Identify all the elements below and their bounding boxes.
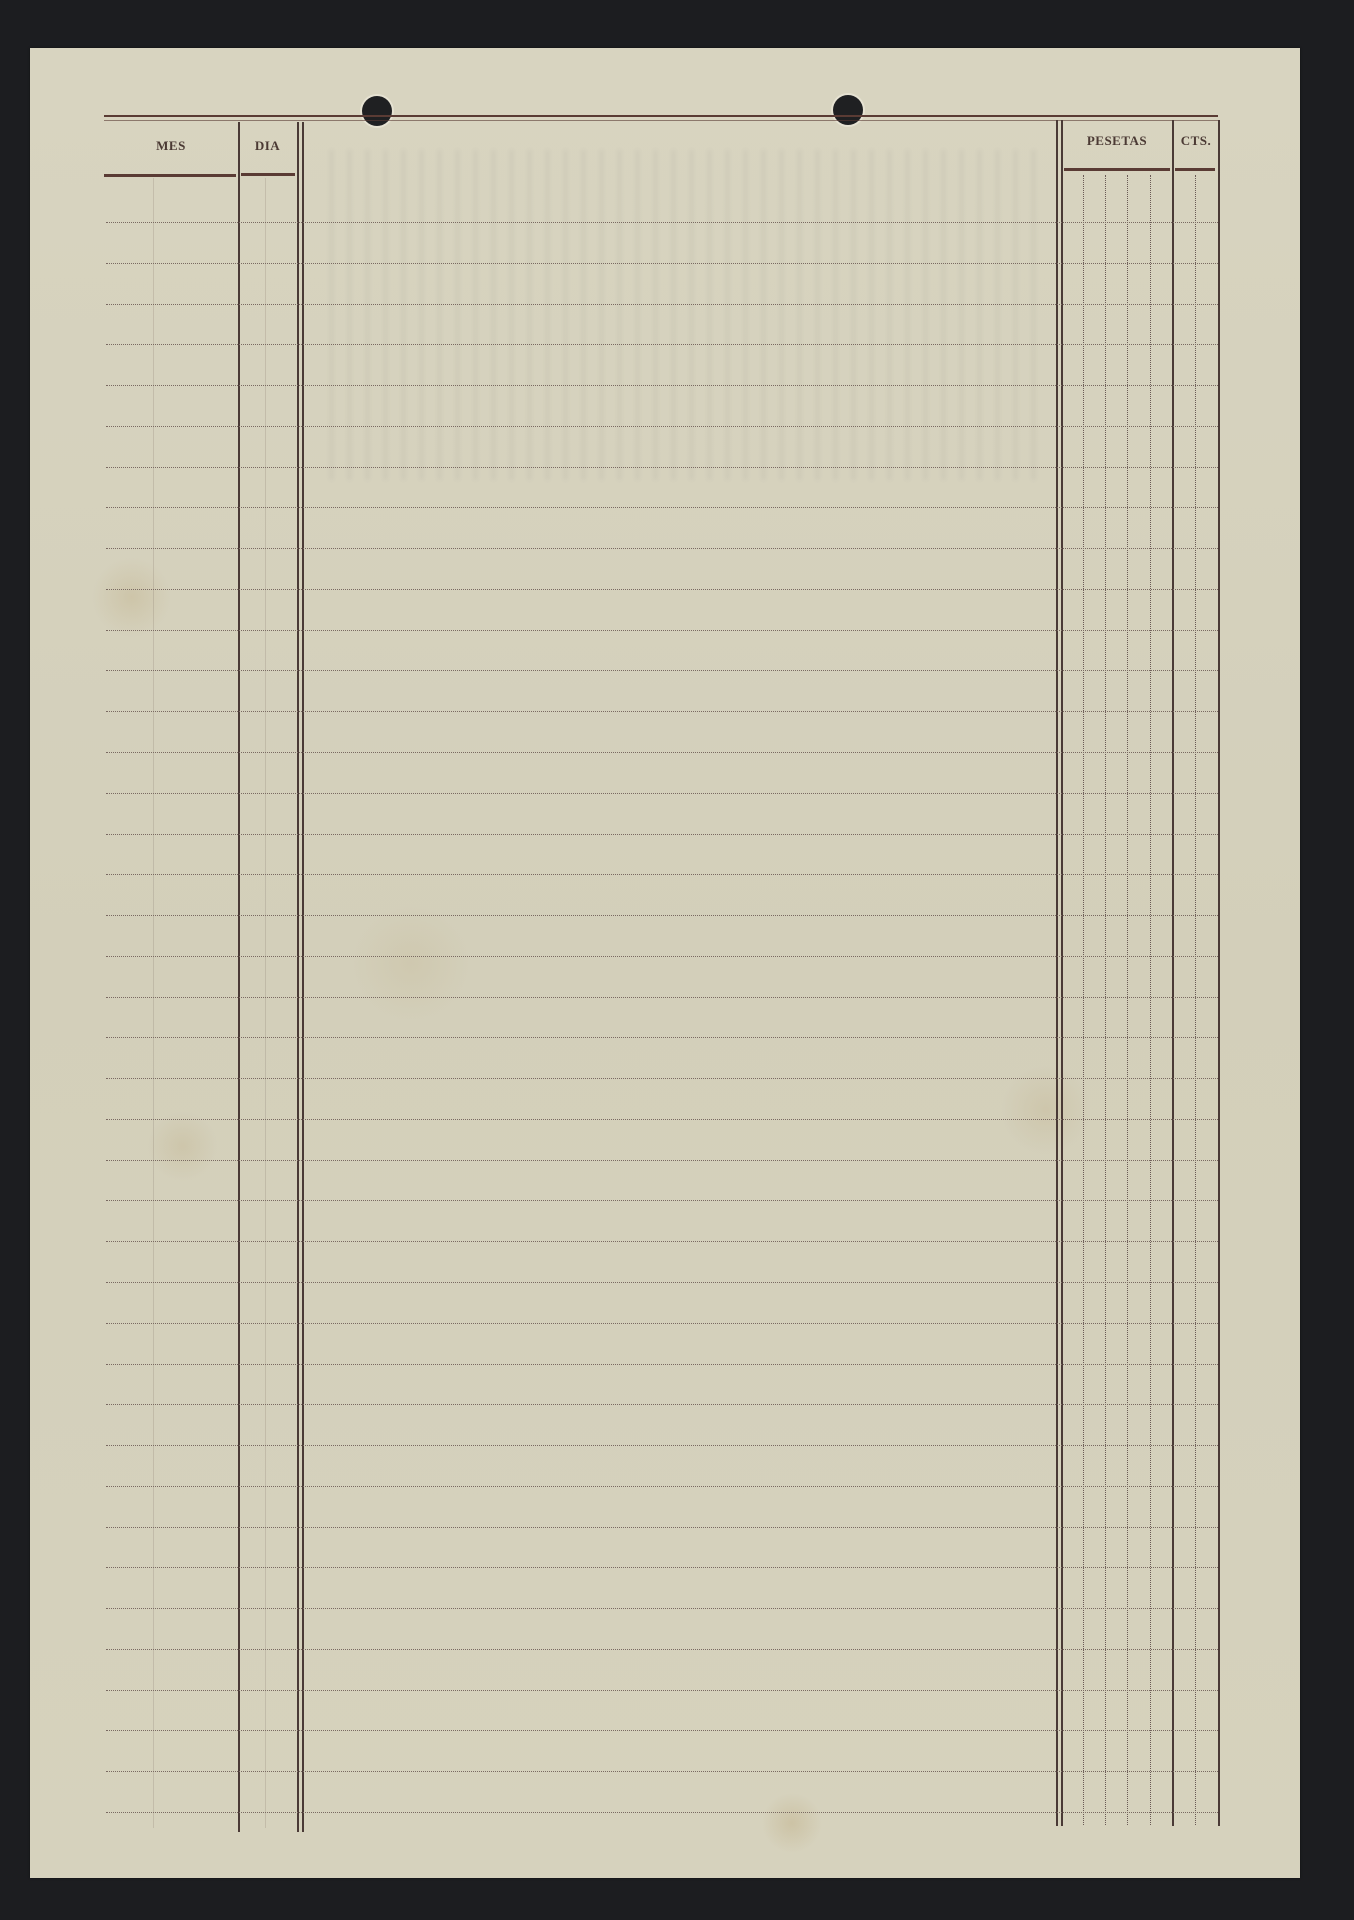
ledger-row-rule <box>106 1160 1218 1161</box>
dia-concept-divider-2 <box>302 122 304 1832</box>
mes-dia-divider <box>238 122 240 1832</box>
cts-digit-guide <box>1195 175 1196 1825</box>
ledger-row-rule <box>106 1445 1218 1446</box>
ledger-row-rule <box>106 1119 1218 1120</box>
ledger-row-rule <box>106 1078 1218 1079</box>
ledger-row-rule <box>106 1771 1218 1772</box>
ledger-row-rule <box>106 1404 1218 1405</box>
ledger-row-rule <box>106 1608 1218 1609</box>
pesetas-digit-guide-4 <box>1150 175 1151 1825</box>
ledger-row-rule <box>106 304 1218 305</box>
ledger-row-rule <box>106 426 1218 427</box>
ledger-row-rule <box>106 1690 1218 1691</box>
pesetas-digit-guide-2 <box>1105 175 1106 1825</box>
top-rule-thin <box>104 120 1218 121</box>
ledger-row-rule <box>106 670 1218 671</box>
ledger-row-rule <box>106 344 1218 345</box>
ledger-row-rule <box>106 956 1218 957</box>
ledger-row-rule <box>106 1037 1218 1038</box>
ledger-row-rule <box>106 834 1218 835</box>
header-mes: MES <box>106 138 236 154</box>
ledger-row-rule <box>106 874 1218 875</box>
ledger-row-rule <box>106 752 1218 753</box>
pesetas-cts-divider <box>1172 120 1174 1826</box>
ledger-row-rule <box>106 630 1218 631</box>
cts-header-rule <box>1175 168 1215 171</box>
ledger-row-rule <box>106 1282 1218 1283</box>
ledger-row-rule <box>106 1649 1218 1650</box>
ledger-row-rule <box>106 385 1218 386</box>
ledger-row-rule <box>106 548 1218 549</box>
pesetas-digit-guide-1 <box>1083 175 1084 1825</box>
ledger-row-rule <box>106 263 1218 264</box>
right-border <box>1218 120 1220 1826</box>
dia-header-rule <box>241 173 295 176</box>
concept-pesetas-divider-2 <box>1061 120 1063 1826</box>
punch-hole-left <box>362 96 392 126</box>
ledger-row-rule <box>106 1730 1218 1731</box>
ledger-row-rule <box>106 997 1218 998</box>
ledger-row-rule <box>106 1323 1218 1324</box>
ledger-row-rule <box>106 589 1218 590</box>
ledger-row-rule <box>106 222 1218 223</box>
ledger-row-rule <box>106 1200 1218 1201</box>
ledger-row-rule <box>106 711 1218 712</box>
letterhead-show-through <box>330 150 1050 480</box>
dia-concept-divider-1 <box>297 122 299 1832</box>
ledger-row-rule <box>106 1241 1218 1242</box>
mes-header-rule <box>104 174 236 177</box>
header-dia: DIA <box>240 138 295 154</box>
pesetas-digit-guide-3 <box>1127 175 1128 1825</box>
ledger-row-rule <box>106 1527 1218 1528</box>
ledger-row-rule <box>106 1567 1218 1568</box>
ledger-row-rule <box>106 793 1218 794</box>
ledger-row-rule <box>106 507 1218 508</box>
top-rule <box>104 115 1218 117</box>
header-pesetas: PESETAS <box>1062 133 1172 149</box>
ledger-row-rule <box>106 467 1218 468</box>
pesetas-header-rule <box>1064 168 1170 171</box>
ledger-row-rule <box>106 915 1218 916</box>
concept-pesetas-divider-1 <box>1056 120 1058 1826</box>
ledger-row-rule <box>106 1364 1218 1365</box>
ledger-row-rule <box>106 1486 1218 1487</box>
header-cts: CTS. <box>1174 133 1218 149</box>
ledger-row-rule <box>106 1812 1218 1813</box>
